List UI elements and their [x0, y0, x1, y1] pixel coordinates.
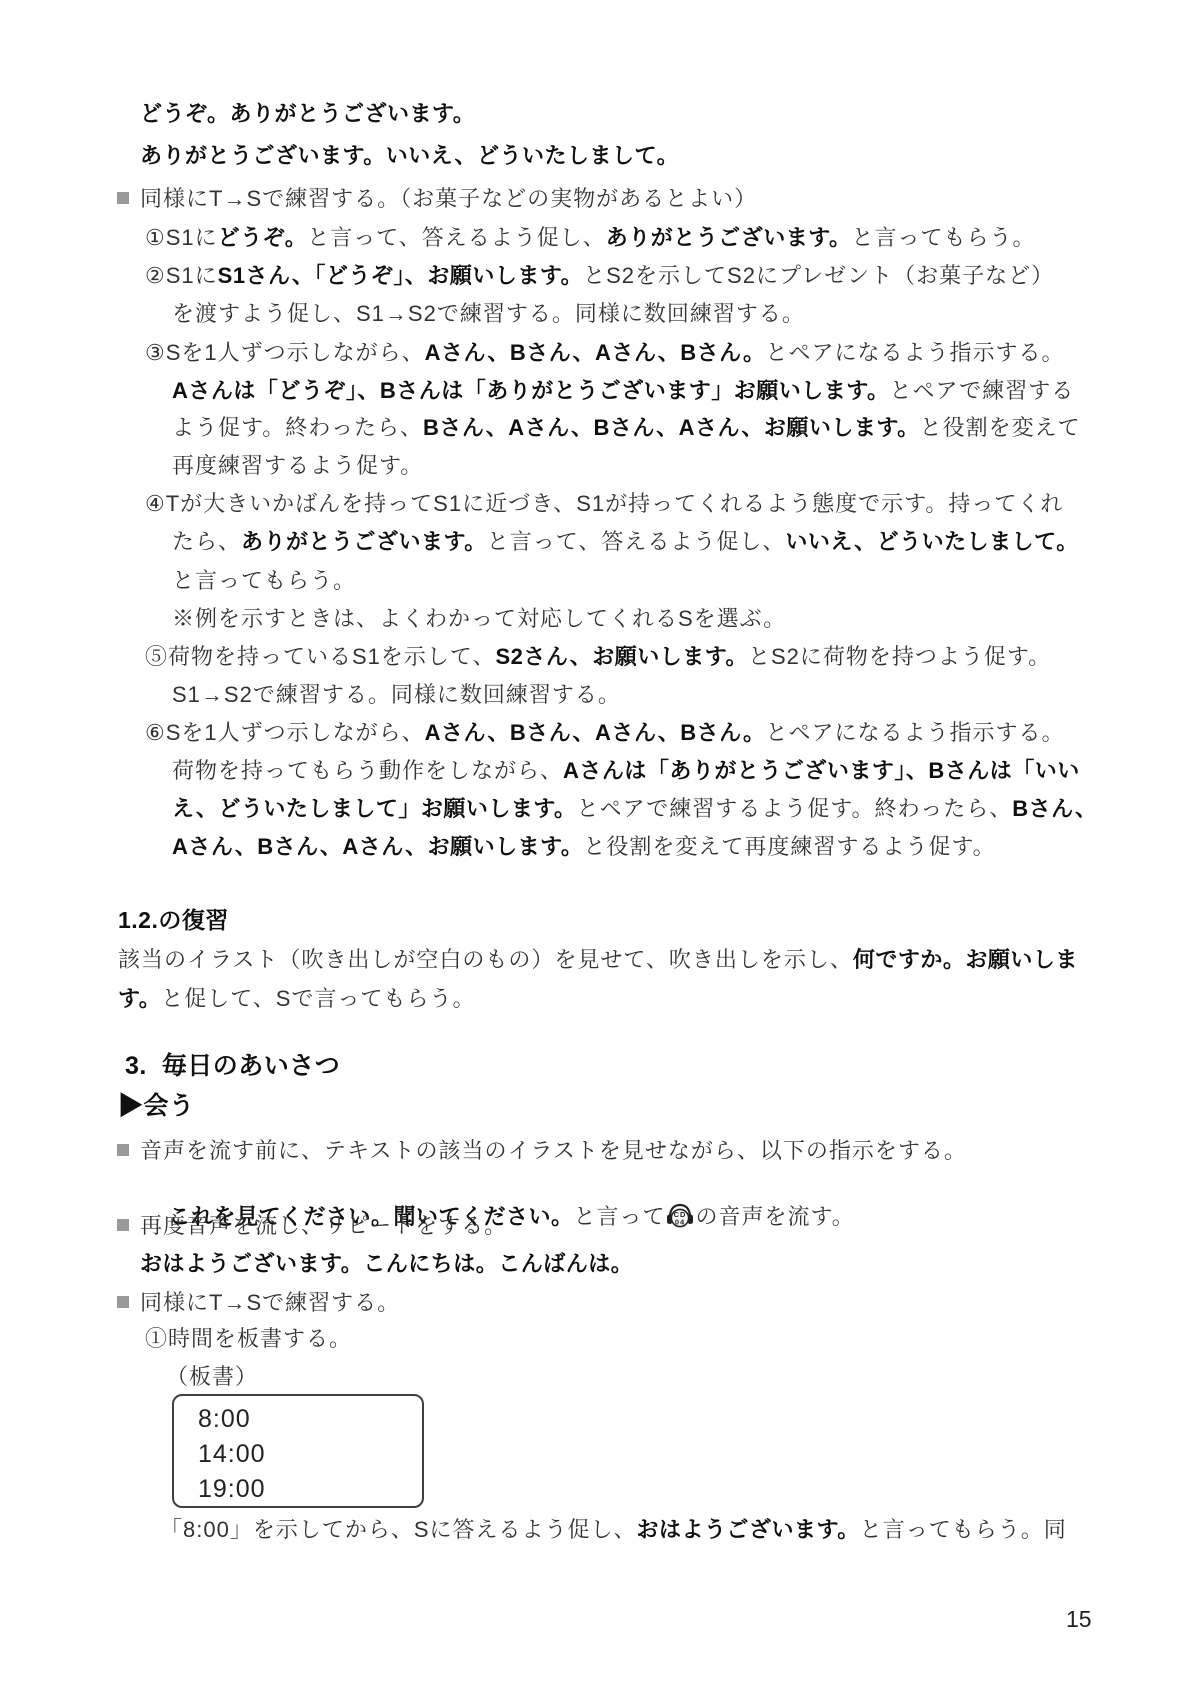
step-4-continuation: たら、ありがとうございます。と言って、答えるよう促し、いいえ、どういたしまして。	[172, 528, 1079, 556]
step-2-continuation: を渡すよう促し、S1→S2で練習する。同様に数回練習する。	[172, 300, 805, 328]
blackboard-box: 8:00 14:00 19:00	[172, 1394, 424, 1508]
step-3-continuation: Aさんは「どうぞ」、Bさんは「ありがとうございます」お願いします。とペアで練習す…	[172, 377, 1074, 405]
board-time: 19:00	[198, 1472, 422, 1507]
step-6-line: ⑥Sを1人ずつ示しながら、Aさん、Bさん、Aさん、Bさん。とペアになるよう指示す…	[145, 719, 1065, 747]
teaching-guide-page: どうぞ。ありがとうございます。 ありがとうございます。いいえ、どういたしまして。…	[0, 0, 1200, 1693]
step-1-line: ①S1にどうぞ。と言って、答えるよう促し、ありがとうございます。と言ってもらう。	[145, 224, 1036, 252]
page-number: 15	[1066, 1606, 1092, 1633]
square-bullet-icon	[117, 1144, 129, 1156]
step-3-line: ③Sを1人ずつ示しながら、Aさん、Bさん、Aさん、Bさん。とペアになるよう指示す…	[145, 339, 1065, 367]
step-1-line: ①時間を板書する。	[145, 1325, 352, 1353]
review-heading: 1.2.の復習	[118, 906, 229, 934]
step-2-line: ②S1にS1さん、「どうぞ」、お願いします。とS2を示してS2にプレゼント（お菓…	[145, 262, 1054, 290]
square-bullet-icon	[117, 1219, 129, 1231]
board-time: 14:00	[198, 1437, 422, 1472]
bullet-line: 再度音声を流し、リピートをする。	[140, 1212, 507, 1240]
step-5-continuation: S1→S2で練習する。同様に数回練習する。	[172, 681, 621, 709]
square-bullet-icon	[117, 192, 129, 204]
bullet-line: 音声を流す前に、テキストの該当のイラストを見せながら、以下の指示をする。	[140, 1137, 967, 1165]
step-3-continuation: 再度練習するよう促す。	[172, 452, 423, 480]
review-line: 該当のイラスト（吹き出しが空白のもの）を見せて、吹き出しを示し、何ですか。お願い…	[118, 946, 1078, 974]
step-4-continuation: と言ってもらう。	[172, 567, 356, 595]
step-5-line: ⑤荷物を持っているS1を示して、S2さん、お願いします。とS2に荷物を持つよう促…	[145, 643, 1051, 671]
bullet-line: 同様にT→Sで練習する。（お菓子などの実物があるとよい）	[140, 185, 757, 213]
step-6-continuation: え、どういたしまして」お願いします。とペアで練習するよう促す。終わったら、Bさん…	[172, 795, 1097, 823]
cd-audio-track-icon: CD 04	[666, 1202, 694, 1236]
board-time: 8:00	[198, 1402, 422, 1437]
step-3-continuation: よう促す。終わったら、Bさん、Aさん、Bさん、Aさん、お願いします。と役割を変え…	[172, 414, 1081, 442]
step-4-line: ④Tが大きいかばんを持ってS1に近づき、S1が持ってくれるよう態度で示す。持って…	[145, 490, 1063, 518]
cd-line-post: の音声を流す。	[695, 1204, 854, 1229]
teacher-speech-line: おはようございます。こんにちは。こんばんは。	[140, 1250, 633, 1278]
square-bullet-icon	[117, 1296, 129, 1308]
after-board-line: 「8:00」を示してから、Sに答えるよう促し、おはようございます。と言ってもらう…	[160, 1516, 1067, 1544]
step-6-continuation: 荷物を持ってもらう動作をしながら、Aさんは「ありがとうございます」、Bさんは「い…	[172, 757, 1080, 785]
bullet-line: 同様にT→Sで練習する。	[140, 1289, 400, 1317]
review-line: す。と促して、Sで言ってもらう。	[118, 985, 476, 1013]
meet-subheading: ▶会う	[118, 1092, 195, 1120]
cd-badge-track-number: 04	[675, 1218, 685, 1227]
note-line: ※例を示すときは、よくわかって対応してくれるSを選ぶ。	[172, 605, 786, 633]
board-label-line: （板書）	[166, 1363, 258, 1391]
teacher-speech-line: ありがとうございます。いいえ、どういたしまして。	[140, 142, 679, 170]
step-6-continuation: Aさん、Bさん、Aさん、お願いします。と役割を変えて再度練習するよう促す。	[172, 833, 996, 861]
teacher-speech-line: どうぞ。ありがとうございます。	[140, 100, 475, 128]
section-3-heading: 3. 毎日のあいさつ	[125, 1052, 340, 1080]
